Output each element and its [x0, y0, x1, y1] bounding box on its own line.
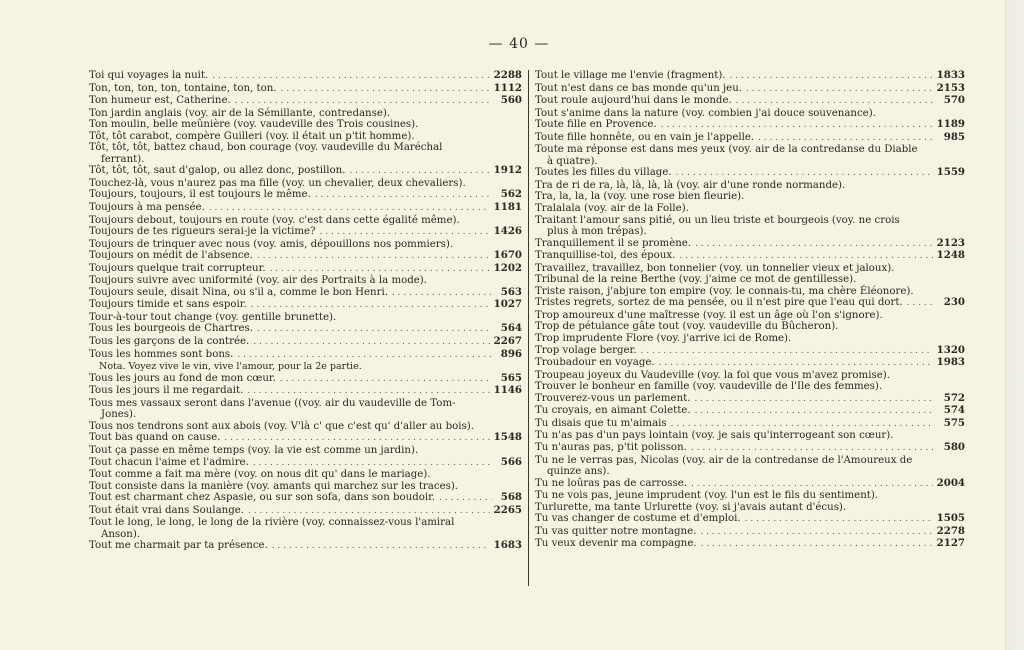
entry-title: Toujours à ma pensée.	[89, 202, 205, 214]
index-entry: Tralalala (voy. air de la Folle).	[535, 203, 965, 215]
entry-number: 896	[496, 349, 522, 361]
entry-number: 1181	[494, 202, 522, 214]
dot-leader	[700, 527, 932, 539]
index-entry: Trouver le bonheur en famille (voy. vaud…	[535, 381, 965, 393]
entry-title: Ton, ton, ton, ton, tontaine, ton, ton.	[89, 83, 277, 95]
index-entry: Triste raison, j'abjure ton empire (voy.…	[535, 286, 965, 298]
entry-title: Tous mes vassaux seront dans l'avenue ((…	[89, 398, 456, 409]
entry-title: Trouverez-vous un parlement.	[535, 393, 690, 405]
entry-title-continuation: ferrant).	[89, 154, 522, 166]
index-entry: Toujours seule, disait Nina, ou s'il a, …	[89, 287, 522, 300]
entry-title: Tu ne vois pas, jeune imprudent (voy. l'…	[535, 490, 878, 502]
entry-number: 985	[939, 132, 965, 144]
dot-leader	[209, 203, 490, 215]
entry-number: 1983	[937, 357, 965, 369]
index-entry: Toujours timide et sans espoir.1027	[89, 299, 522, 312]
entry-title: Tu vas changer de costume et d'emploi.	[535, 513, 741, 525]
entry-title-continuation: Anson).	[89, 529, 522, 541]
index-entry: Tout n'est dans ce bas monde qu'un jeu.2…	[535, 83, 965, 96]
dot-leader	[224, 433, 489, 445]
entry-number: 1912	[494, 165, 522, 177]
index-entry: Tous les jours au fond de mon cœur.565	[89, 373, 522, 386]
dot-leader	[691, 443, 935, 455]
entry-title: Ton humeur est, Catherine.	[89, 95, 231, 107]
entry-title: Ton jardin anglais (voy. air de la Sémil…	[89, 108, 390, 120]
index-entry: Tu n'auras pas, p'tit polisson.580	[535, 442, 965, 455]
entry-title: Toute fille en Provence.	[535, 119, 657, 131]
dot-leader	[270, 264, 490, 276]
entry-title: Traitant l'amour sans pitié, ou un lieu …	[535, 215, 900, 226]
entry-title: Tout s'anime dans la nature (voy. combie…	[535, 108, 876, 120]
index-entry: Tout me charmait par ta présence.1683	[89, 540, 522, 553]
entry-title: Trouver le bonheur en famille (voy. vaud…	[535, 381, 882, 393]
index-entry: Tout le village me l'envie (fragment).18…	[535, 70, 965, 83]
index-entry: Turlurette, ma tante Urlurette (voy. si …	[535, 502, 965, 514]
entry-title: Ton moulin, belle meûnière (voy. vaudevi…	[89, 119, 418, 131]
entry-number: 572	[939, 393, 965, 405]
dot-leader	[746, 84, 933, 96]
entry-title: Toujours de tes rigueurs serai-je la vic…	[89, 226, 316, 238]
dot-leader	[701, 539, 933, 551]
index-entry: Trop de pétulance gâte tout (voy. vaudev…	[535, 321, 965, 333]
index-entry: Trouverez-vous un parlement.572	[535, 393, 965, 406]
dot-leader	[691, 479, 933, 491]
entry-title: Toujours de trinquer avec nous (voy. ami…	[89, 239, 453, 251]
entry-number: 1202	[494, 263, 522, 275]
index-entry: Tous les garçons de la contrée.2267	[89, 336, 522, 349]
entry-title: Troubadour en voyage.	[535, 357, 655, 369]
entry-title: Toi qui voyages la nuit.	[89, 70, 208, 82]
index-entry: Toujours, toujours, il est toujours le m…	[89, 189, 522, 202]
entry-title: Tra de ri de ra, là, là, là, là (voy. ai…	[535, 180, 845, 192]
index-entry: Tra, la, la, la (voy. une rose bien fleu…	[535, 191, 965, 203]
index-entry: Toute ma réponse est dans mes yeux (voy.…	[535, 144, 965, 167]
entry-number: 1320	[937, 345, 965, 357]
index-entry: Tra de ri de ra, là, là, là, là (voy. ai…	[535, 180, 965, 192]
entry-number: 564	[496, 323, 522, 335]
index-note: Nota. Voyez vive le vin, vive l'amour, p…	[89, 361, 522, 373]
entry-number: 1559	[937, 167, 965, 179]
dot-leader	[695, 239, 933, 251]
index-entry: Tu ne loûras pas de carrosse.2004	[535, 478, 965, 491]
dot-leader	[676, 168, 933, 180]
entry-number: 563	[496, 287, 522, 299]
index-entry: Tu veux devenir ma compagne.2127	[535, 538, 965, 551]
index-entry: Tout consiste dans la manière (voy. aman…	[89, 481, 522, 493]
dot-leader	[736, 96, 935, 108]
entry-number: 2267	[494, 336, 522, 348]
entry-title: Tout chacun l'aime et l'admire.	[89, 457, 249, 469]
index-entry: Travaillez, travaillez, bon tonnelier (v…	[535, 263, 965, 275]
index-entry: Ton jardin anglais (voy. air de la Sémil…	[89, 108, 522, 120]
index-entry: Tu n'as pas d'un pays lointain (voy. je …	[535, 430, 965, 442]
index-entry: Toujours quelque trait corrupteur.1202	[89, 263, 522, 276]
entry-title: Tu veux devenir ma compagne.	[535, 538, 697, 550]
entry-title-continuation: à quatre).	[535, 156, 965, 168]
index-entry: Toujours de trinquer avec nous (voy. ami…	[89, 239, 522, 251]
entry-number: 2288	[494, 70, 522, 82]
entry-title: Tout consiste dans la manière (voy. aman…	[89, 481, 458, 493]
index-entry: Tu ne le verras pas, Nicolas (voy. air d…	[535, 455, 965, 478]
index-entry: Tous nos tendrons sont aux abois (voy. V…	[89, 421, 522, 433]
entry-number: 1505	[937, 513, 965, 525]
index-entry: Toujours on médit de l'absence.1670	[89, 250, 522, 263]
entry-title: Triste raison, j'abjure ton empire (voy.…	[535, 286, 914, 298]
entry-title: Toujours seule, disait Nina, ou s'il a, …	[89, 287, 388, 299]
index-entry: Tôt, tôt carabot, compère Guilleri (voy.…	[89, 131, 522, 143]
entry-title: Tra, la, la, la (voy. une rose bien fleu…	[535, 191, 744, 203]
index-entry: Troupeau joyeux du Vaudeville (voy. la f…	[535, 370, 965, 382]
entry-number: 575	[939, 418, 965, 430]
dot-leader	[257, 324, 492, 336]
index-entry: Toute fille honnête, ou en vain je l'app…	[535, 132, 965, 145]
index-entry: Trop amoureux d'une maîtresse (voy. il e…	[535, 310, 965, 322]
right-column: Tout le village me l'envie (fragment).18…	[529, 70, 965, 590]
index-entry: Tour-à-tour tout change (voy. gentille b…	[89, 312, 522, 324]
dot-leader	[694, 394, 935, 406]
entry-number: 2004	[937, 478, 965, 490]
dot-leader	[315, 190, 492, 202]
dot-leader	[251, 300, 490, 312]
index-entry: Toutes les filles du village.1559	[535, 167, 965, 180]
entry-title: Tôt, tôt, tôt, battez chaud, bon courage…	[89, 142, 442, 153]
dot-leader	[730, 71, 933, 83]
entry-title: Tout le village me l'envie (fragment).	[535, 70, 726, 82]
entry-title: Tralalala (voy. air de la Folle).	[535, 203, 689, 215]
entry-title: Travaillez, travaillez, bon tonnelier (v…	[535, 263, 894, 275]
index-entry: Troubadour en voyage.1983	[535, 357, 965, 370]
entry-title: Tranquillise-toi, des époux.	[535, 250, 675, 262]
left-column: Toi qui voyages la nuit.2288Ton, ton, to…	[89, 70, 528, 590]
index-entry: Trop volage berger.1320	[535, 345, 965, 358]
entry-title-continuation: quinze ans).	[535, 466, 965, 478]
entry-title-continuation: plus à mon trépas).	[535, 226, 965, 238]
entry-number: 2153	[937, 83, 965, 95]
dot-leader	[280, 374, 492, 386]
index-entry: Tôt, tôt, tôt, battez chaud, bon courage…	[89, 142, 522, 165]
dot-leader	[253, 337, 489, 349]
entry-title: Tout me charmait par ta présence.	[89, 540, 268, 552]
entry-title: Touchez-là, vous n'aurez pas ma fille (v…	[89, 178, 466, 190]
dot-leader	[257, 251, 490, 263]
entry-title: Tous les jours au fond de mon cœur.	[89, 373, 276, 385]
entry-title: Trop volage berger.	[535, 345, 637, 357]
index-entry: Tout chacun l'aime et l'admire.566	[89, 457, 522, 470]
entry-number: 1670	[494, 250, 522, 262]
entry-number: 568	[496, 492, 522, 504]
entry-title: Tu croyais, en aimant Colette.	[535, 405, 691, 417]
entry-number: 566	[496, 457, 522, 469]
entry-title: Tour-à-tour tout change (voy. gentille b…	[89, 312, 336, 324]
index-entry: Tout s'anime dans la nature (voy. combie…	[535, 108, 965, 120]
page-edge	[1005, 0, 1024, 650]
entry-title: Tous les bourgeois de Chartres.	[89, 323, 253, 335]
entry-title: Tu n'as pas d'un pays lointain (voy. je …	[535, 430, 894, 442]
index-entry: Tout le long, le long, le long de la riv…	[89, 517, 522, 540]
entry-number: 560	[496, 95, 522, 107]
entry-number: 574	[939, 405, 965, 417]
entry-title: Turlurette, ma tante Urlurette (voy. si …	[535, 502, 846, 514]
entry-number: 230	[939, 297, 965, 309]
index-entry: Tout était vrai dans Soulange.2265	[89, 505, 522, 518]
entry-title: Tous les hommes sont bons.	[89, 349, 233, 361]
dot-leader	[679, 251, 932, 263]
dot-leader	[758, 133, 935, 145]
index-entry: Tu croyais, en aimant Colette.574	[535, 405, 965, 418]
index-entry: Tranquillise-toi, des époux.1248	[535, 250, 965, 263]
index-entry: Tu disais que tu m'aimais575	[535, 418, 965, 431]
index-entry: Tous les jours il me regardait.1146	[89, 385, 522, 398]
index-entry: Toujours à ma pensée.1181	[89, 202, 522, 215]
entry-title: Tous les jours il me regardait.	[89, 385, 243, 397]
entry-title: Tu ne loûras pas de carrosse.	[535, 478, 687, 490]
entry-title: Trop de pétulance gâte tout (voy. vaudev…	[535, 321, 838, 333]
dot-leader	[281, 84, 490, 96]
index-entry: Tous mes vassaux seront dans l'avenue ((…	[89, 398, 522, 421]
page-number: — 40 —	[0, 36, 1024, 52]
dot-leader	[248, 506, 490, 518]
dot-leader	[659, 358, 933, 370]
entry-title: Tôt, tôt, tôt, saut d'galop, ou allez do…	[89, 165, 345, 177]
dot-leader	[247, 386, 489, 398]
entry-title: Tout est charmant chez Aspasie, ou sur s…	[89, 492, 435, 504]
entry-title: Toujours debout, toujours en route (voy.…	[89, 215, 460, 227]
dot-leader	[272, 541, 490, 553]
entry-title: Toutes les filles du village.	[535, 167, 672, 179]
entry-number: 580	[939, 442, 965, 454]
entry-title: Tous les garçons de la contrée.	[89, 336, 249, 348]
index-entry: Ton humeur est, Catherine.560	[89, 95, 522, 108]
entry-number: 1248	[937, 250, 965, 262]
entry-number: 1833	[937, 70, 965, 82]
entry-title: Tout roule aujourd'hui dans le monde.	[535, 95, 732, 107]
entry-title-continuation: Jones).	[89, 409, 522, 421]
index-entry: Toute fille en Provence.1189	[535, 119, 965, 132]
entry-title: Tribunal de la reine Berthe (voy. j'aime…	[535, 274, 856, 286]
index-entry: Tristes regrets, sortez de ma pensée, ou…	[535, 297, 965, 310]
index-entry: Tout est charmant chez Aspasie, ou sur s…	[89, 492, 522, 505]
entry-number: 2265	[494, 505, 522, 517]
index-entry: Tout bas quand on cause.1548	[89, 432, 522, 445]
index-entry: Tu vas quitter notre montagne.2278	[535, 526, 965, 539]
entry-title: Toujours, toujours, il est toujours le m…	[89, 189, 311, 201]
entry-title: Tout le long, le long, le long de la riv…	[89, 517, 454, 528]
index-columns: Toi qui voyages la nuit.2288Ton, ton, to…	[89, 70, 969, 590]
dot-leader	[907, 298, 935, 310]
entry-title: Toujours suivre avec uniformité (voy. ai…	[89, 275, 427, 287]
entry-title: Troupeau joyeux du Vaudeville (voy. la f…	[535, 370, 890, 382]
dot-leader	[212, 71, 489, 83]
entry-title: Tout bas quand on cause.	[89, 432, 220, 444]
index-entry: Ton moulin, belle meûnière (voy. vaudevi…	[89, 119, 522, 131]
entry-title: Tu n'auras pas, p'tit polisson.	[535, 442, 687, 454]
entry-number: 1027	[494, 299, 522, 311]
entry-title: Toujours quelque trait corrupteur.	[89, 263, 266, 275]
index-entry: Tout roule aujourd'hui dans le monde.570	[535, 95, 965, 108]
dot-leader	[671, 419, 935, 431]
entry-title: Nota. Voyez vive le vin, vive l'amour, p…	[99, 361, 362, 373]
entry-title: Toute fille honnête, ou en vain je l'app…	[535, 132, 754, 144]
entry-title: Tôt, tôt carabot, compère Guilleri (voy.…	[89, 131, 415, 143]
entry-number: 1683	[494, 540, 522, 552]
index-entry: Toujours debout, toujours en route (voy.…	[89, 215, 522, 227]
entry-title: Tout n'est dans ce bas monde qu'un jeu.	[535, 83, 742, 95]
entry-title: Tout était vrai dans Soulange.	[89, 505, 244, 517]
entry-title: Trop imprudente Flore (voy. j'arrive ici…	[535, 333, 791, 345]
dot-leader	[695, 406, 935, 418]
entry-title: Toujours on médit de l'absence.	[89, 250, 253, 262]
entry-title: Tout ça passe en même temps (voy. la vie…	[89, 445, 418, 457]
entry-title: Tu ne le verras pas, Nicolas (voy. air d…	[535, 455, 912, 466]
entry-title: Tristes regrets, sortez de ma pensée, ou…	[535, 297, 903, 309]
index-entry: Toujours suivre avec uniformité (voy. ai…	[89, 275, 522, 287]
entry-title: Tu vas quitter notre montagne.	[535, 526, 696, 538]
dot-leader	[661, 120, 933, 132]
entry-title: Toujours timide et sans espoir.	[89, 299, 247, 311]
index-entry: Tous les hommes sont bons.896	[89, 349, 522, 362]
entry-title: Tous nos tendrons sont aux abois (voy. V…	[89, 421, 474, 433]
index-entry: Tu vas changer de costume et d'emploi.15…	[535, 513, 965, 526]
dot-leader	[253, 458, 492, 470]
entry-number: 1146	[494, 385, 522, 397]
entry-title: Tu disais que tu m'aimais	[535, 418, 667, 430]
index-entry: Touchez-là, vous n'aurez pas ma fille (v…	[89, 178, 522, 190]
index-entry: Tout comme a fait ma mère (voy. on nous …	[89, 469, 522, 481]
dot-leader	[235, 96, 492, 108]
entry-number: 562	[496, 189, 522, 201]
dot-leader	[745, 514, 933, 526]
index-entry: Traitant l'amour sans pitié, ou un lieu …	[535, 215, 965, 238]
entry-number: 1189	[937, 119, 965, 131]
entry-number: 2127	[937, 538, 965, 550]
index-entry: Toujours de tes rigueurs serai-je la vic…	[89, 226, 522, 239]
entry-number: 2278	[937, 526, 965, 538]
dot-leader	[439, 493, 492, 505]
dot-leader	[237, 350, 492, 362]
index-entry: Tu ne vois pas, jeune imprudent (voy. l'…	[535, 490, 965, 502]
entry-title: Tout comme a fait ma mère (voy. on nous …	[89, 469, 430, 481]
entry-number: 565	[496, 373, 522, 385]
entry-title: Tranquillement il se promène.	[535, 238, 691, 250]
dot-leader	[349, 166, 489, 178]
dot-leader	[320, 227, 490, 239]
dot-leader	[641, 346, 933, 358]
entry-number: 2123	[937, 238, 965, 250]
dot-leader	[392, 288, 492, 300]
index-entry: Toi qui voyages la nuit.2288	[89, 70, 522, 83]
entry-number: 1548	[494, 432, 522, 444]
entry-title: Trop amoureux d'une maîtresse (voy. il e…	[535, 310, 883, 322]
entry-number: 570	[939, 95, 965, 107]
index-entry: Ton, ton, ton, ton, tontaine, ton, ton.1…	[89, 83, 522, 96]
index-entry: Tribunal de la reine Berthe (voy. j'aime…	[535, 274, 965, 286]
entry-number: 1112	[494, 83, 522, 95]
index-entry: Tous les bourgeois de Chartres.564	[89, 323, 522, 336]
index-entry: Tranquillement il se promène.2123	[535, 238, 965, 251]
entry-title: Toute ma réponse est dans mes yeux (voy.…	[535, 144, 918, 155]
entry-number: 1426	[494, 226, 522, 238]
index-entry: Tout ça passe en même temps (voy. la vie…	[89, 445, 522, 457]
index-entry: Trop imprudente Flore (voy. j'arrive ici…	[535, 333, 965, 345]
index-entry: Tôt, tôt, tôt, saut d'galop, ou allez do…	[89, 165, 522, 178]
